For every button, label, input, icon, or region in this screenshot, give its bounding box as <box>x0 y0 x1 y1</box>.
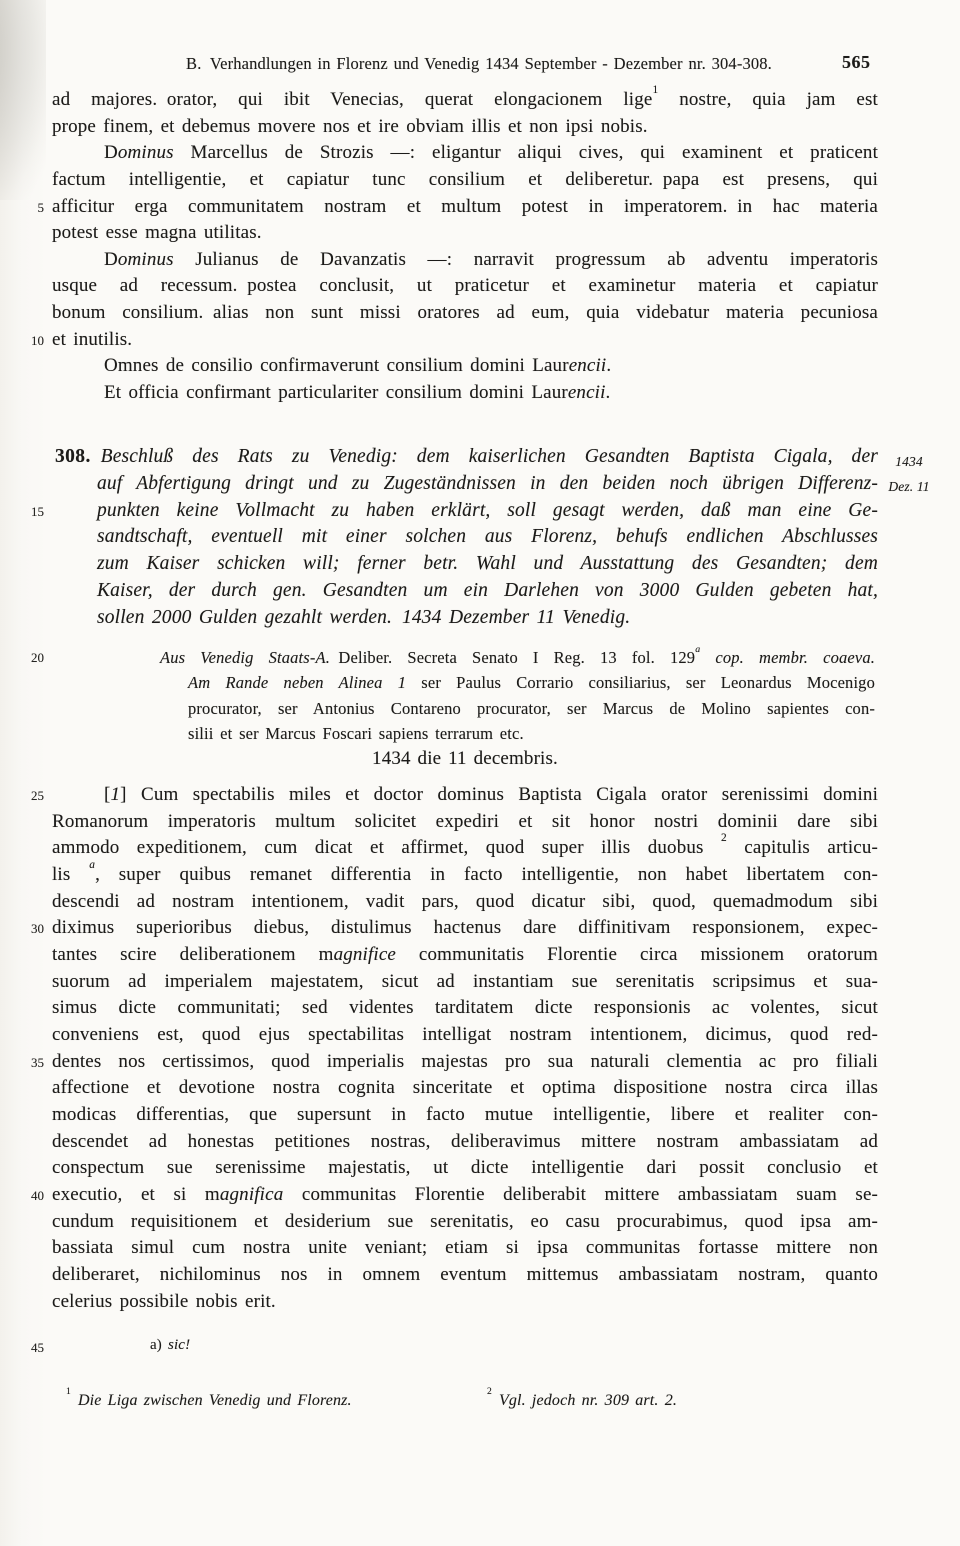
text-line: [1] Cum spectabilis miles et doctor domi… <box>104 782 878 809</box>
text-line: Et officia confirmant particulariter con… <box>104 380 878 407</box>
text-line: diximus superioribus diebus, distulimus … <box>52 915 878 942</box>
item-307-continuation: ad majores. orator, qui ibit Venecias, q… <box>52 87 878 407</box>
line-number: 10 <box>18 333 44 349</box>
text-line: procurator, ser Antonius Contareno procu… <box>188 696 875 721</box>
item-308-text: [1] Cum spectabilis miles et doctor domi… <box>52 782 878 1315</box>
footnote-1-marker: 1 <box>66 1386 71 1397</box>
text-line: silii et ser Marcus Foscari sapiens terr… <box>188 721 875 746</box>
apparatus-note: a)sic! <box>150 1337 190 1354</box>
text-line: afficitur erga communitatem nostram et m… <box>52 194 878 221</box>
text-line: cundum requisitionem et desiderium sue s… <box>52 1209 878 1236</box>
scanned-book-page: B. Verhandlungen in Florenz und Venedig … <box>0 0 960 1546</box>
text-line: conspectum sue serenissime majestatis, u… <box>52 1155 878 1182</box>
footnote-2-text: Vgl. jedoch nr. 309 art. 2. <box>499 1392 677 1409</box>
text-line: dentes nos certissimos, quod imperialis … <box>52 1049 878 1076</box>
margin-date-year: 1434 <box>874 449 944 474</box>
line-number: 30 <box>18 921 44 937</box>
apparatus-text: sic! <box>168 1337 190 1353</box>
text-line: ammodo expeditionem, cum dicat et affirm… <box>52 835 878 862</box>
text-line: simus dicte communitati; sed videntes ta… <box>52 995 878 1022</box>
text-line: factum intelligentie, et capiatur tunc c… <box>52 167 878 194</box>
text-line: Am Rande neben Alinea 1 ser Paulus Corra… <box>188 670 875 695</box>
text-line: sollen 2000 Gulden gezahlt werden. 1434 … <box>97 605 878 632</box>
margin-date-day: Dez. 11 <box>874 474 944 499</box>
line-number: 40 <box>18 1188 44 1204</box>
line-number: 20 <box>18 650 44 666</box>
footnote-2-marker: 2 <box>487 1386 492 1397</box>
text-line: bassiata simul cum nostra unite veniant;… <box>52 1235 878 1262</box>
text-line: sandtschaft, eventuell mit einer solchen… <box>97 524 878 551</box>
text-line: lis a, super quibus remanet differentia … <box>52 862 878 889</box>
line-number: 35 <box>18 1055 44 1071</box>
text-line: descendi ad nostram intentionem, vadit p… <box>52 889 878 916</box>
text-line: Dominus Julianus de Davanzatis —: narrav… <box>104 247 878 274</box>
text-line: bonum consilium. alias non sunt missi or… <box>52 300 878 327</box>
line-number: 45 <box>18 1340 44 1356</box>
text-line: deliberaret, nichilominus nos in omnem e… <box>52 1262 878 1289</box>
text-line: Omnes de consilio confirmaverunt consili… <box>104 353 878 380</box>
text-line: potest esse magna utilitas. <box>52 220 878 247</box>
text-line: conveniens est, quod ejus spectabilitas … <box>52 1022 878 1049</box>
text-line: zum Kaiser schicken will; ferner betr. W… <box>97 551 878 578</box>
page-number: 565 <box>842 52 871 73</box>
text-line: modicas differentias, que supersunt in f… <box>52 1102 878 1129</box>
footnote-2: 2Vgl. jedoch nr. 309 art. 2. <box>487 1392 677 1410</box>
text-line: punkten keine Vollmacht zu haben erklärt… <box>97 498 878 525</box>
text-line: et inutilis. <box>52 327 878 354</box>
text-line: Romanorum imperatoris multum solicitet e… <box>52 809 878 836</box>
scan-artifact-corner <box>0 0 46 200</box>
text-line: auf Abfertigung dringt und zu Zugeständn… <box>97 471 878 498</box>
text-line: prope finem, et debemus movere nos et ir… <box>52 114 878 141</box>
text-line: usque ad recessum. postea conclusit, ut … <box>52 273 878 300</box>
text-line: celerius possibile nobis erit. <box>52 1289 878 1316</box>
text-line: Dominus Marcellus de Strozis —: eligantu… <box>104 140 878 167</box>
line-number: 5 <box>18 200 44 216</box>
text-line: affectione et devotione nostra cognita s… <box>52 1075 878 1102</box>
text-line: 308. Beschluß des Rats zu Venedig: dem k… <box>55 444 878 471</box>
text-line: suorum ad imperialem majestatem, sicut a… <box>52 969 878 996</box>
line-number: 15 <box>18 504 44 520</box>
margin-date-note: 1434 Dez. 11 <box>874 449 944 499</box>
apparatus-marker: a) <box>150 1337 162 1353</box>
text-line: Kaiser, der durch gen. Gesandten um ein … <box>97 578 878 605</box>
footnote-1-text: Die Liga zwischen Venedig und Florenz. <box>78 1392 352 1409</box>
text-line: ad majores. orator, qui ibit Venecias, q… <box>52 87 878 114</box>
footnote-1: 1Die Liga zwischen Venedig und Florenz. <box>66 1392 352 1410</box>
source-note: Aus Venedig Staats-A. Deliber. Secreta S… <box>188 645 875 746</box>
item-308-regest-heading: 308. Beschluß des Rats zu Venedig: dem k… <box>97 444 878 632</box>
text-line: executio, et si magnifica communitas Flo… <box>52 1182 878 1209</box>
dateline: 1434 die 11 decembris. <box>52 748 878 770</box>
running-header: B. Verhandlungen in Florenz und Venedig … <box>66 54 892 74</box>
text-line: tantes scire deliberationem magnifice co… <box>52 942 878 969</box>
line-number: 25 <box>18 788 44 804</box>
text-line: Aus Venedig Staats-A. Deliber. Secreta S… <box>160 645 875 670</box>
text-line: descendet ad honestas petitiones nostras… <box>52 1129 878 1156</box>
